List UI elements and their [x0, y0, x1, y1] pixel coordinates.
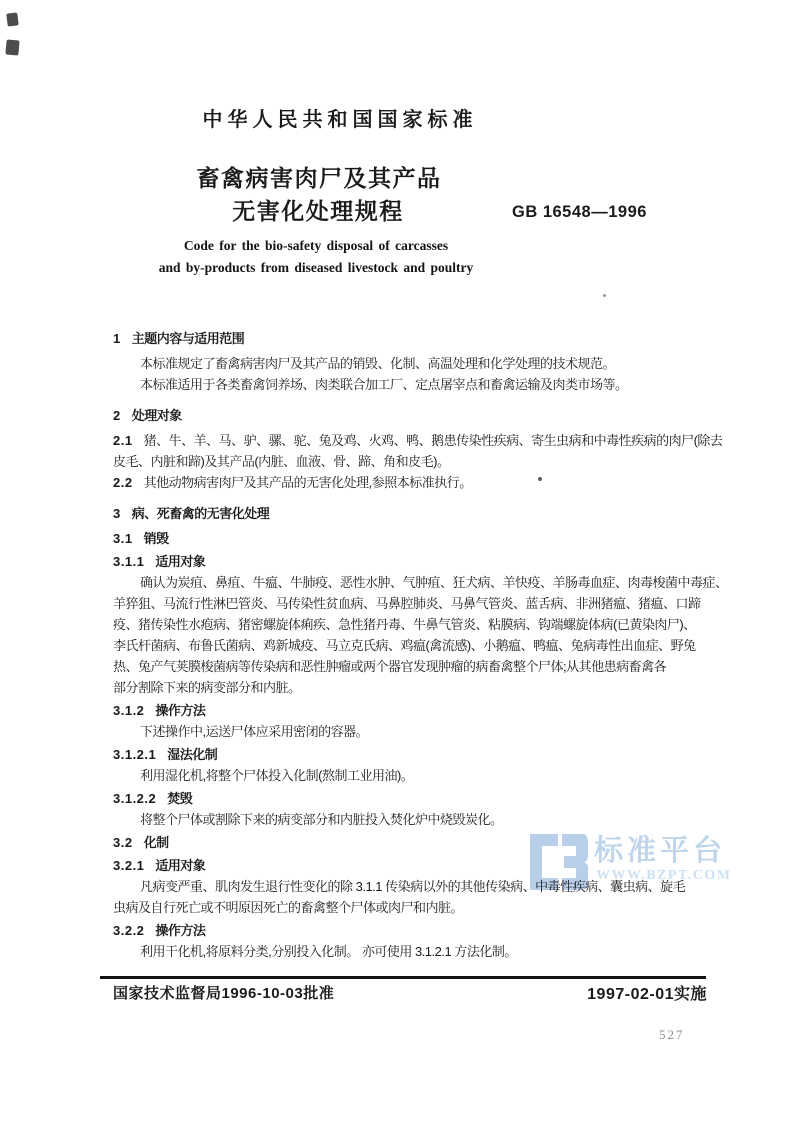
clause-number: 3.2.1 — [113, 858, 144, 873]
text-line: 虫病及自行死亡或不明原因死亡的畜禽整个尸体或肉尸和内脏。 — [113, 897, 707, 918]
text-line: 2.1猪、牛、羊、马、驴、骡、驼、兔及鸡、火鸡、鸭、鹅患传染性疾病、寄生虫病和中… — [113, 430, 707, 451]
text-line: 羊猝狙、马流行性淋巴管炎、马传染性贫血病、马鼻腔肺炎、马鼻气管炎、蓝舌病、非洲猪… — [113, 593, 707, 614]
clause-heading: 1主题内容与适用范围 — [113, 328, 707, 349]
text-line: 疫、猪传染性水疱病、猪密螺旋体痢疾、急性猪丹毒、牛鼻气管炎、粘膜病、钩端螺旋体病… — [113, 614, 707, 635]
line-text: 主题内容与适用范围 — [132, 331, 245, 346]
line-text: 处理对象 — [132, 408, 182, 423]
clause-heading: 3.1.2操作方法 — [113, 700, 707, 721]
clause-number: 3.1.2.2 — [113, 791, 156, 806]
line-text: 猪、牛、羊、马、驴、骡、驼、兔及鸡、火鸡、鸭、鹅患传染性疾病、寄生虫病和中毒性疾… — [144, 433, 723, 448]
text-line: 利用干化机,将原料分类,分别投入化制。 亦可使用 3.1.2.1 方法化制。 — [113, 941, 707, 962]
line-text: 利用干化机,将原料分类,分别投入化制。 亦可使用 3.1.2.1 方法化制。 — [140, 944, 517, 959]
text-line: 下述操作中,运送尸体应采用密闭的容器。 — [113, 721, 707, 742]
line-text: 湿法化制 — [167, 747, 217, 762]
text-line: 确认为炭疽、鼻疽、牛瘟、牛肺疫、恶性水肿、气肿疽、狂犬病、羊快疫、羊肠毒血症、肉… — [113, 572, 707, 593]
clause-number: 3.1.2.1 — [113, 747, 156, 762]
line-text: 化制 — [144, 835, 169, 850]
line-text: 焚毁 — [167, 791, 192, 806]
line-text: 皮毛、内脏和蹄)及其产品(内脏、血液、骨、蹄、角和皮毛)。 — [113, 454, 450, 469]
text-line: 凡病变严重、肌肉发生退行性变化的除 3.1.1 传染病以外的其他传染病、中毒性疾… — [113, 876, 707, 897]
line-text: 下述操作中,运送尸体应采用密闭的容器。 — [140, 724, 368, 739]
national-standard-label: 中华人民共和国国家标准 — [203, 103, 478, 132]
line-text: 凡病变严重、肌肉发生退行性变化的除 3.1.1 传染病以外的其他传染病、中毒性疾… — [140, 879, 685, 894]
line-text: 销毁 — [144, 531, 169, 546]
line-text: 疫、猪传染性水疱病、猪密螺旋体痢疾、急性猪丹毒、牛鼻气管炎、粘膜病、钩端螺旋体病… — [113, 617, 696, 632]
clause-heading: 3.1.2.2焚毁 — [113, 788, 707, 809]
clause-number: 2.2 — [113, 475, 133, 490]
clause-number: 2 — [113, 408, 121, 423]
clause-heading: 3.1.1适用对象 — [113, 551, 707, 572]
text-line: 本标准规定了畜禽病害肉尸及其产品的销毁、化制、高温处理和化学处理的技术规范。 — [113, 353, 707, 374]
clause-heading: 3.1.2.1湿法化制 — [113, 744, 707, 765]
line-text: 本标准适用于各类畜禽饲养场、肉类联合加工厂、定点屠宰点和畜禽运输及肉类市场等。 — [140, 377, 628, 392]
text-line: 李氏杆菌病、布鲁氏菌病、鸡新城疫、马立克氏病、鸡瘟(禽流感)、小鹅瘟、鸭瘟、兔病… — [113, 635, 707, 656]
scan-corner-mark — [5, 39, 19, 55]
footer-rule — [100, 976, 706, 979]
clause-heading: 3.2化制 — [113, 832, 707, 853]
line-text: 适用对象 — [155, 858, 205, 873]
scan-speck — [603, 294, 606, 297]
line-text: 利用湿化机,将整个尸体投入化制(熬制工业用油)。 — [140, 768, 413, 783]
document-title-line2: 无害化处理规程 — [232, 193, 404, 226]
text-line: 热、兔产气荚膜梭菌病等传染病和恶性肿瘤或两个器官发现肿瘤的病畜禽整个尸体;从其他… — [113, 656, 707, 677]
clause-heading: 3.1销毁 — [113, 528, 707, 549]
clause-number: 3.1 — [113, 531, 133, 546]
scan-corner-mark — [6, 12, 19, 26]
english-title-line2: and by-products from diseased livestock … — [159, 260, 474, 276]
line-text: 确认为炭疽、鼻疽、牛瘟、牛肺疫、恶性水肿、气肿疽、狂犬病、羊快疫、羊肠毒血症、肉… — [140, 575, 728, 590]
line-text: 本标准规定了畜禽病害肉尸及其产品的销毁、化制、高温处理和化学处理的技术规范。 — [140, 356, 615, 371]
clause-number: 3 — [113, 506, 121, 521]
line-text: 适用对象 — [155, 554, 205, 569]
line-text: 操作方法 — [155, 923, 205, 938]
clause-number: 1 — [113, 331, 121, 346]
text-line: 本标准适用于各类畜禽饲养场、肉类联合加工厂、定点屠宰点和畜禽运输及肉类市场等。 — [113, 374, 707, 395]
text-line: 皮毛、内脏和蹄)及其产品(内脏、血液、骨、蹄、角和皮毛)。 — [113, 451, 707, 472]
line-text: 将整个尸体或割除下来的病变部分和内脏投入焚化炉中烧毁炭化。 — [140, 812, 503, 827]
document-title-line1: 畜禽病害肉尸及其产品 — [197, 160, 442, 193]
line-text: 病、死畜禽的无害化处理 — [132, 506, 270, 521]
text-line: 利用湿化机,将整个尸体投入化制(熬制工业用油)。 — [113, 765, 707, 786]
clause-heading: 3.2.2操作方法 — [113, 920, 707, 941]
page-number: 527 — [659, 1027, 685, 1043]
line-text: 部分割除下来的病变部分和内脏。 — [113, 680, 301, 695]
text-line: 2.2其他动物病害肉尸及其产品的无害化处理,参照本标准执行。 — [113, 472, 707, 493]
line-text: 操作方法 — [155, 703, 205, 718]
clause-number: 3.2 — [113, 835, 133, 850]
clause-heading: 2处理对象 — [113, 405, 707, 426]
english-title-line1: Code for the bio-safety disposal of carc… — [184, 238, 448, 254]
line-text: 虫病及自行死亡或不明原因死亡的畜禽整个尸体或肉尸和内脏。 — [113, 900, 463, 915]
line-text: 热、兔产气荚膜梭菌病等传染病和恶性肿瘤或两个器官发现肿瘤的病畜禽整个尸体;从其他… — [113, 659, 666, 674]
text-line: 将整个尸体或割除下来的病变部分和内脏投入焚化炉中烧毁炭化。 — [113, 809, 707, 830]
line-text: 其他动物病害肉尸及其产品的无害化处理,参照本标准执行。 — [144, 475, 472, 490]
clause-number: 3.1.1 — [113, 554, 144, 569]
clause-heading: 3病、死畜禽的无害化处理 — [113, 503, 707, 524]
standard-code: GB 16548—1996 — [512, 203, 647, 222]
clause-heading: 3.2.1适用对象 — [113, 855, 707, 876]
clause-number: 3.2.2 — [113, 923, 144, 938]
line-text: 李氏杆菌病、布鲁氏菌病、鸡新城疫、马立克氏病、鸡瘟(禽流感)、小鹅瘟、鸭瘟、兔病… — [113, 638, 696, 653]
document-body: 1主题内容与适用范围本标准规定了畜禽病害肉尸及其产品的销毁、化制、高温处理和化学… — [113, 318, 707, 962]
clause-number: 3.1.2 — [113, 703, 144, 718]
clause-number: 2.1 — [113, 433, 133, 448]
effective-date: 1997-02-01实施 — [587, 981, 707, 1004]
approval-statement: 国家技术监督局1996-10-03批准 — [113, 982, 334, 1003]
line-text: 羊猝狙、马流行性淋巴管炎、马传染性贫血病、马鼻腔肺炎、马鼻气管炎、蓝舌病、非洲猪… — [113, 596, 701, 611]
text-line: 部分割除下来的病变部分和内脏。 — [113, 677, 707, 698]
